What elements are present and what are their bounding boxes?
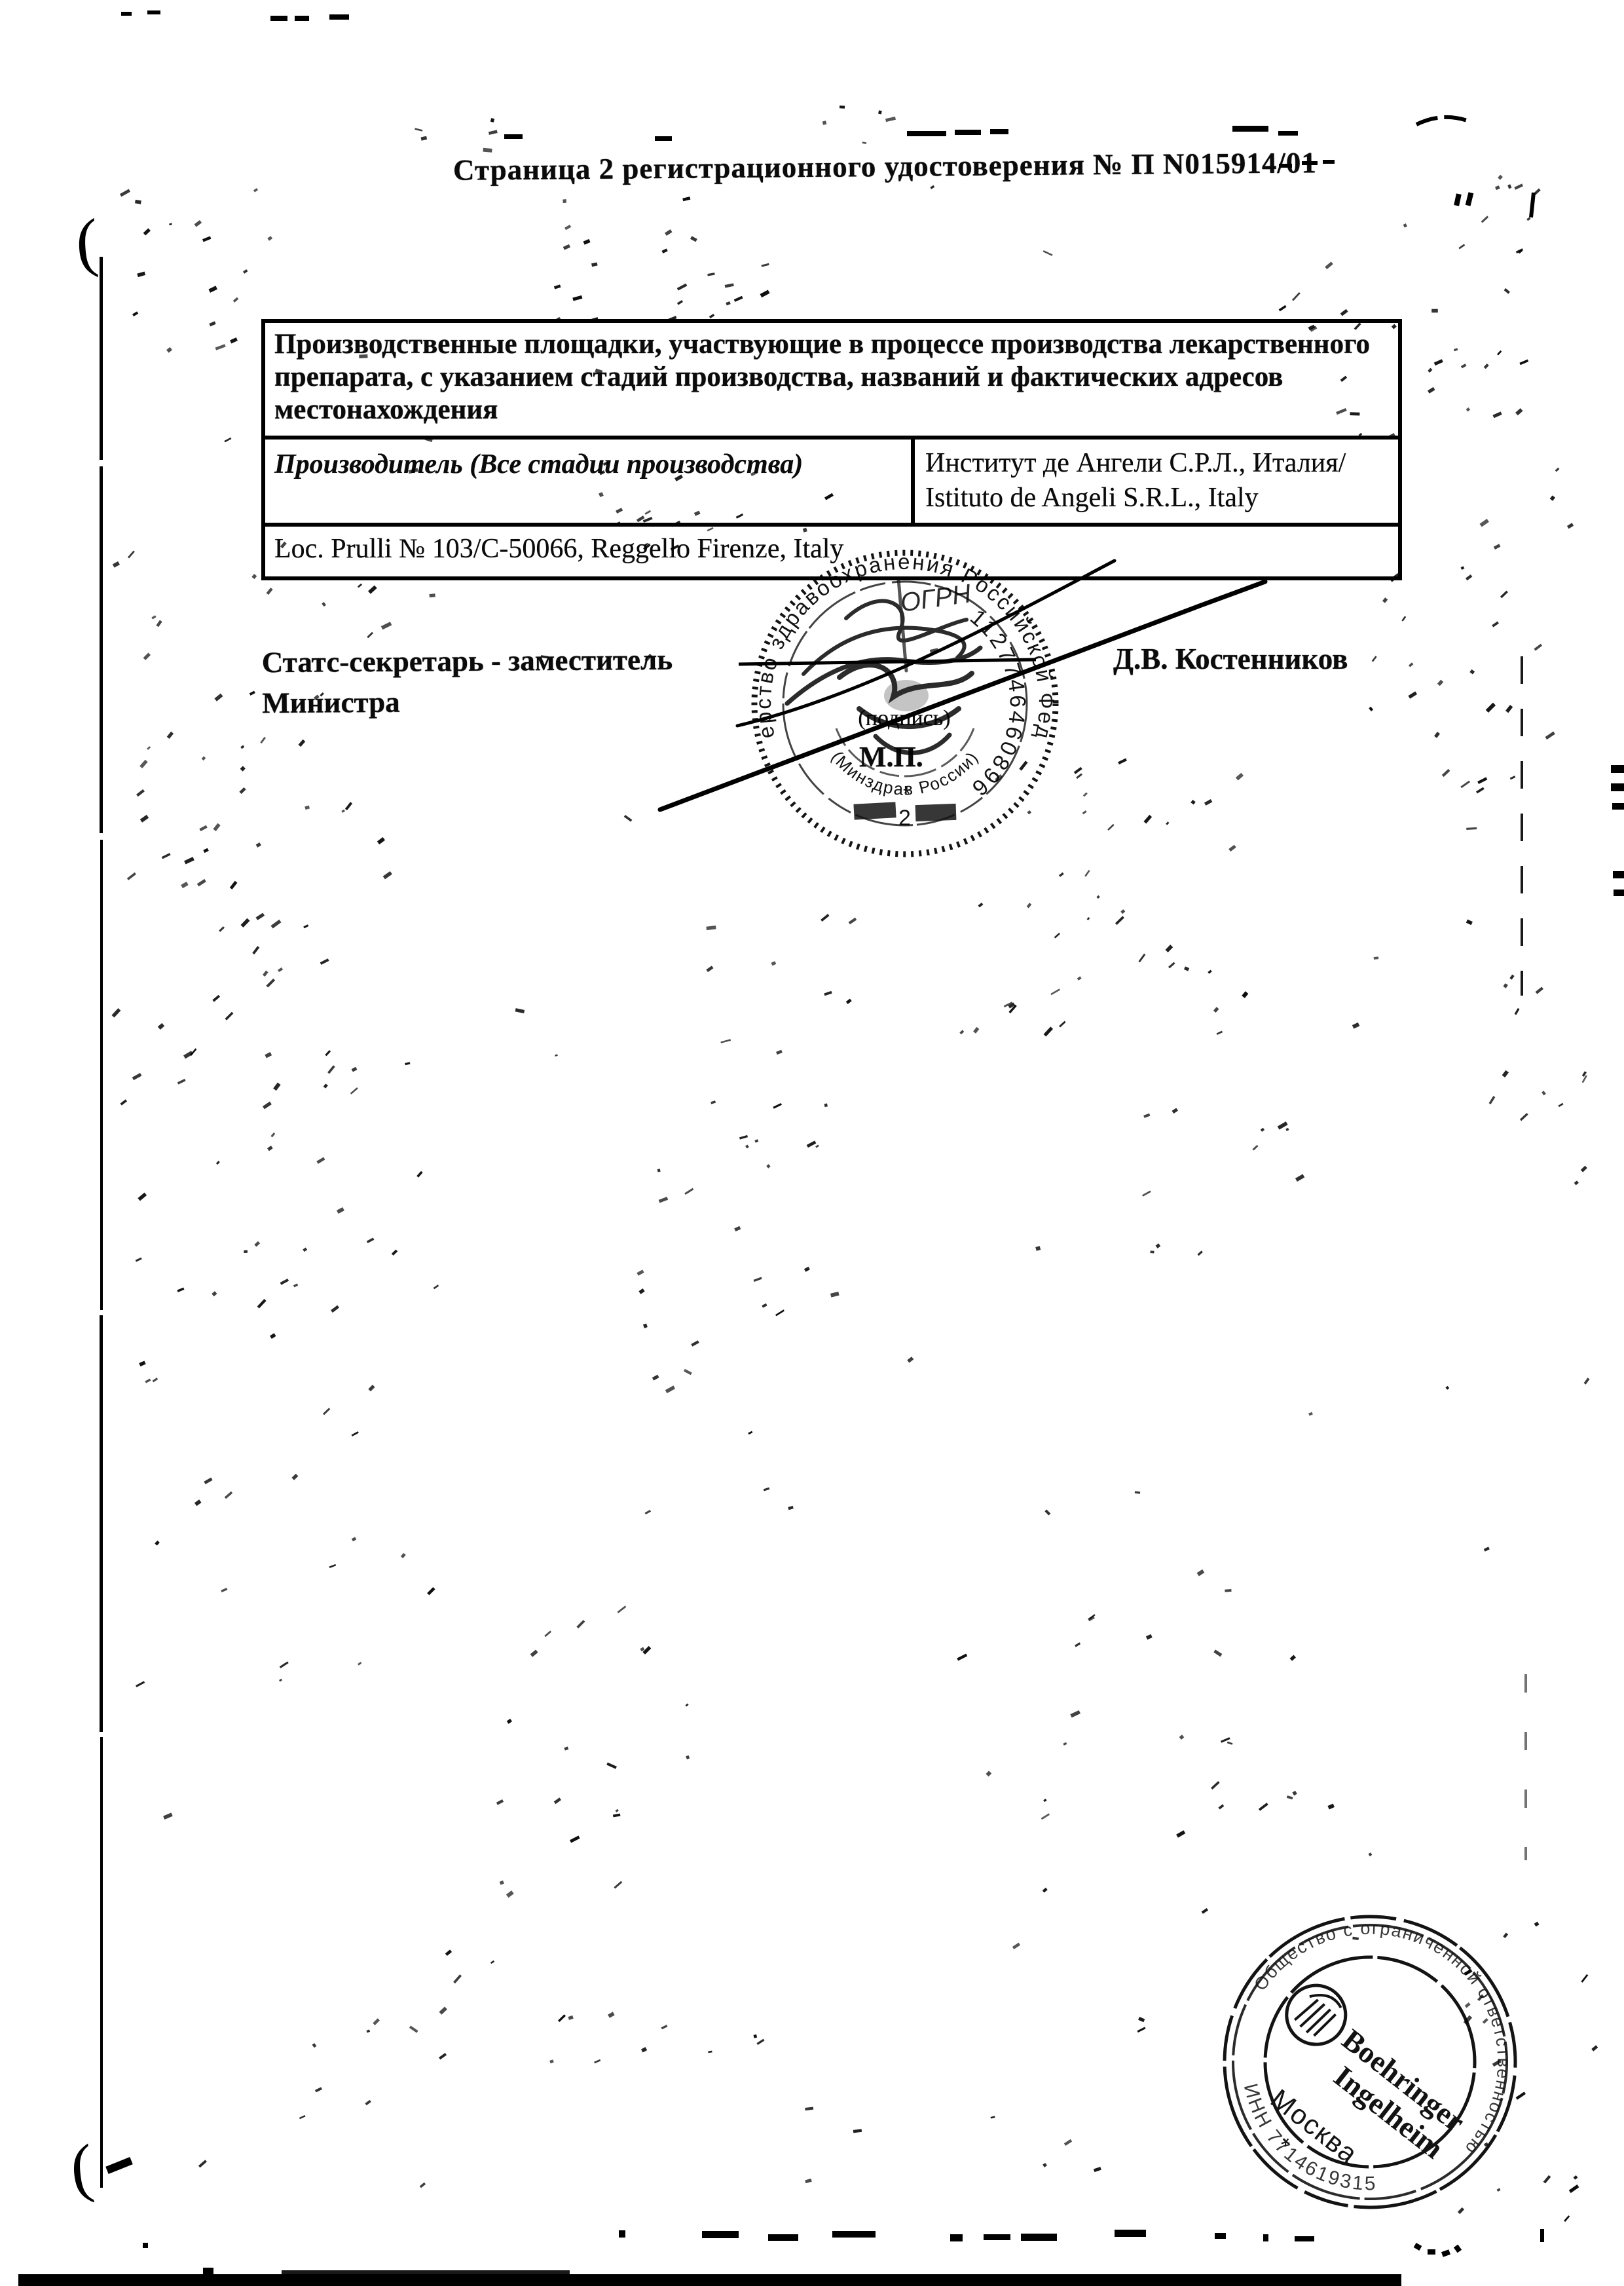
scan-artifact-paren-bottom: ( [67,2129,96,2207]
producer-row: Производитель (Все стадии производства) … [265,440,1398,523]
signatory-position-line2: Министра [262,680,673,723]
signatory-name: Д.В. Костенников [1113,642,1348,676]
ministry-smudge-digit: 2 [898,806,911,831]
scan-artifact-paren-top: ( [73,204,100,280]
producer-value-ru: Институт де Ангели С.Р.Л., Италия/ [925,446,1392,481]
signatory-position-line1: Статс-секретарь - заместитель [262,639,673,683]
ministry-stamp: Министерство здравоохранения Российской … [741,540,1069,867]
ministry-star: * [903,783,911,805]
producer-value-en: Istituto de Angeli S.R.L., Italy [925,481,1392,516]
signatory-position: Статс-секретарь - заместитель Министра [262,639,673,724]
scanned-certificate-page: Страница 2 регистрационного удостоверени… [0,0,1624,2286]
ministry-ogrn-label: ОГРН [898,579,973,618]
producer-label-cell: Производитель (Все стадии производства) [265,440,911,523]
page-header: Страница 2 регистрационного удостоверени… [453,145,1317,187]
table-header-cell: Производственные площадки, участвующие в… [265,323,1398,440]
company-stamp: Общество с ограниченной ответственностью… [1213,1905,1527,2219]
producer-value-cell: Институт де Ангели С.Р.Л., Италия/ Istit… [911,440,1398,523]
company-stamp-art: Общество с ограниченной ответственностью… [1166,1858,1574,2266]
